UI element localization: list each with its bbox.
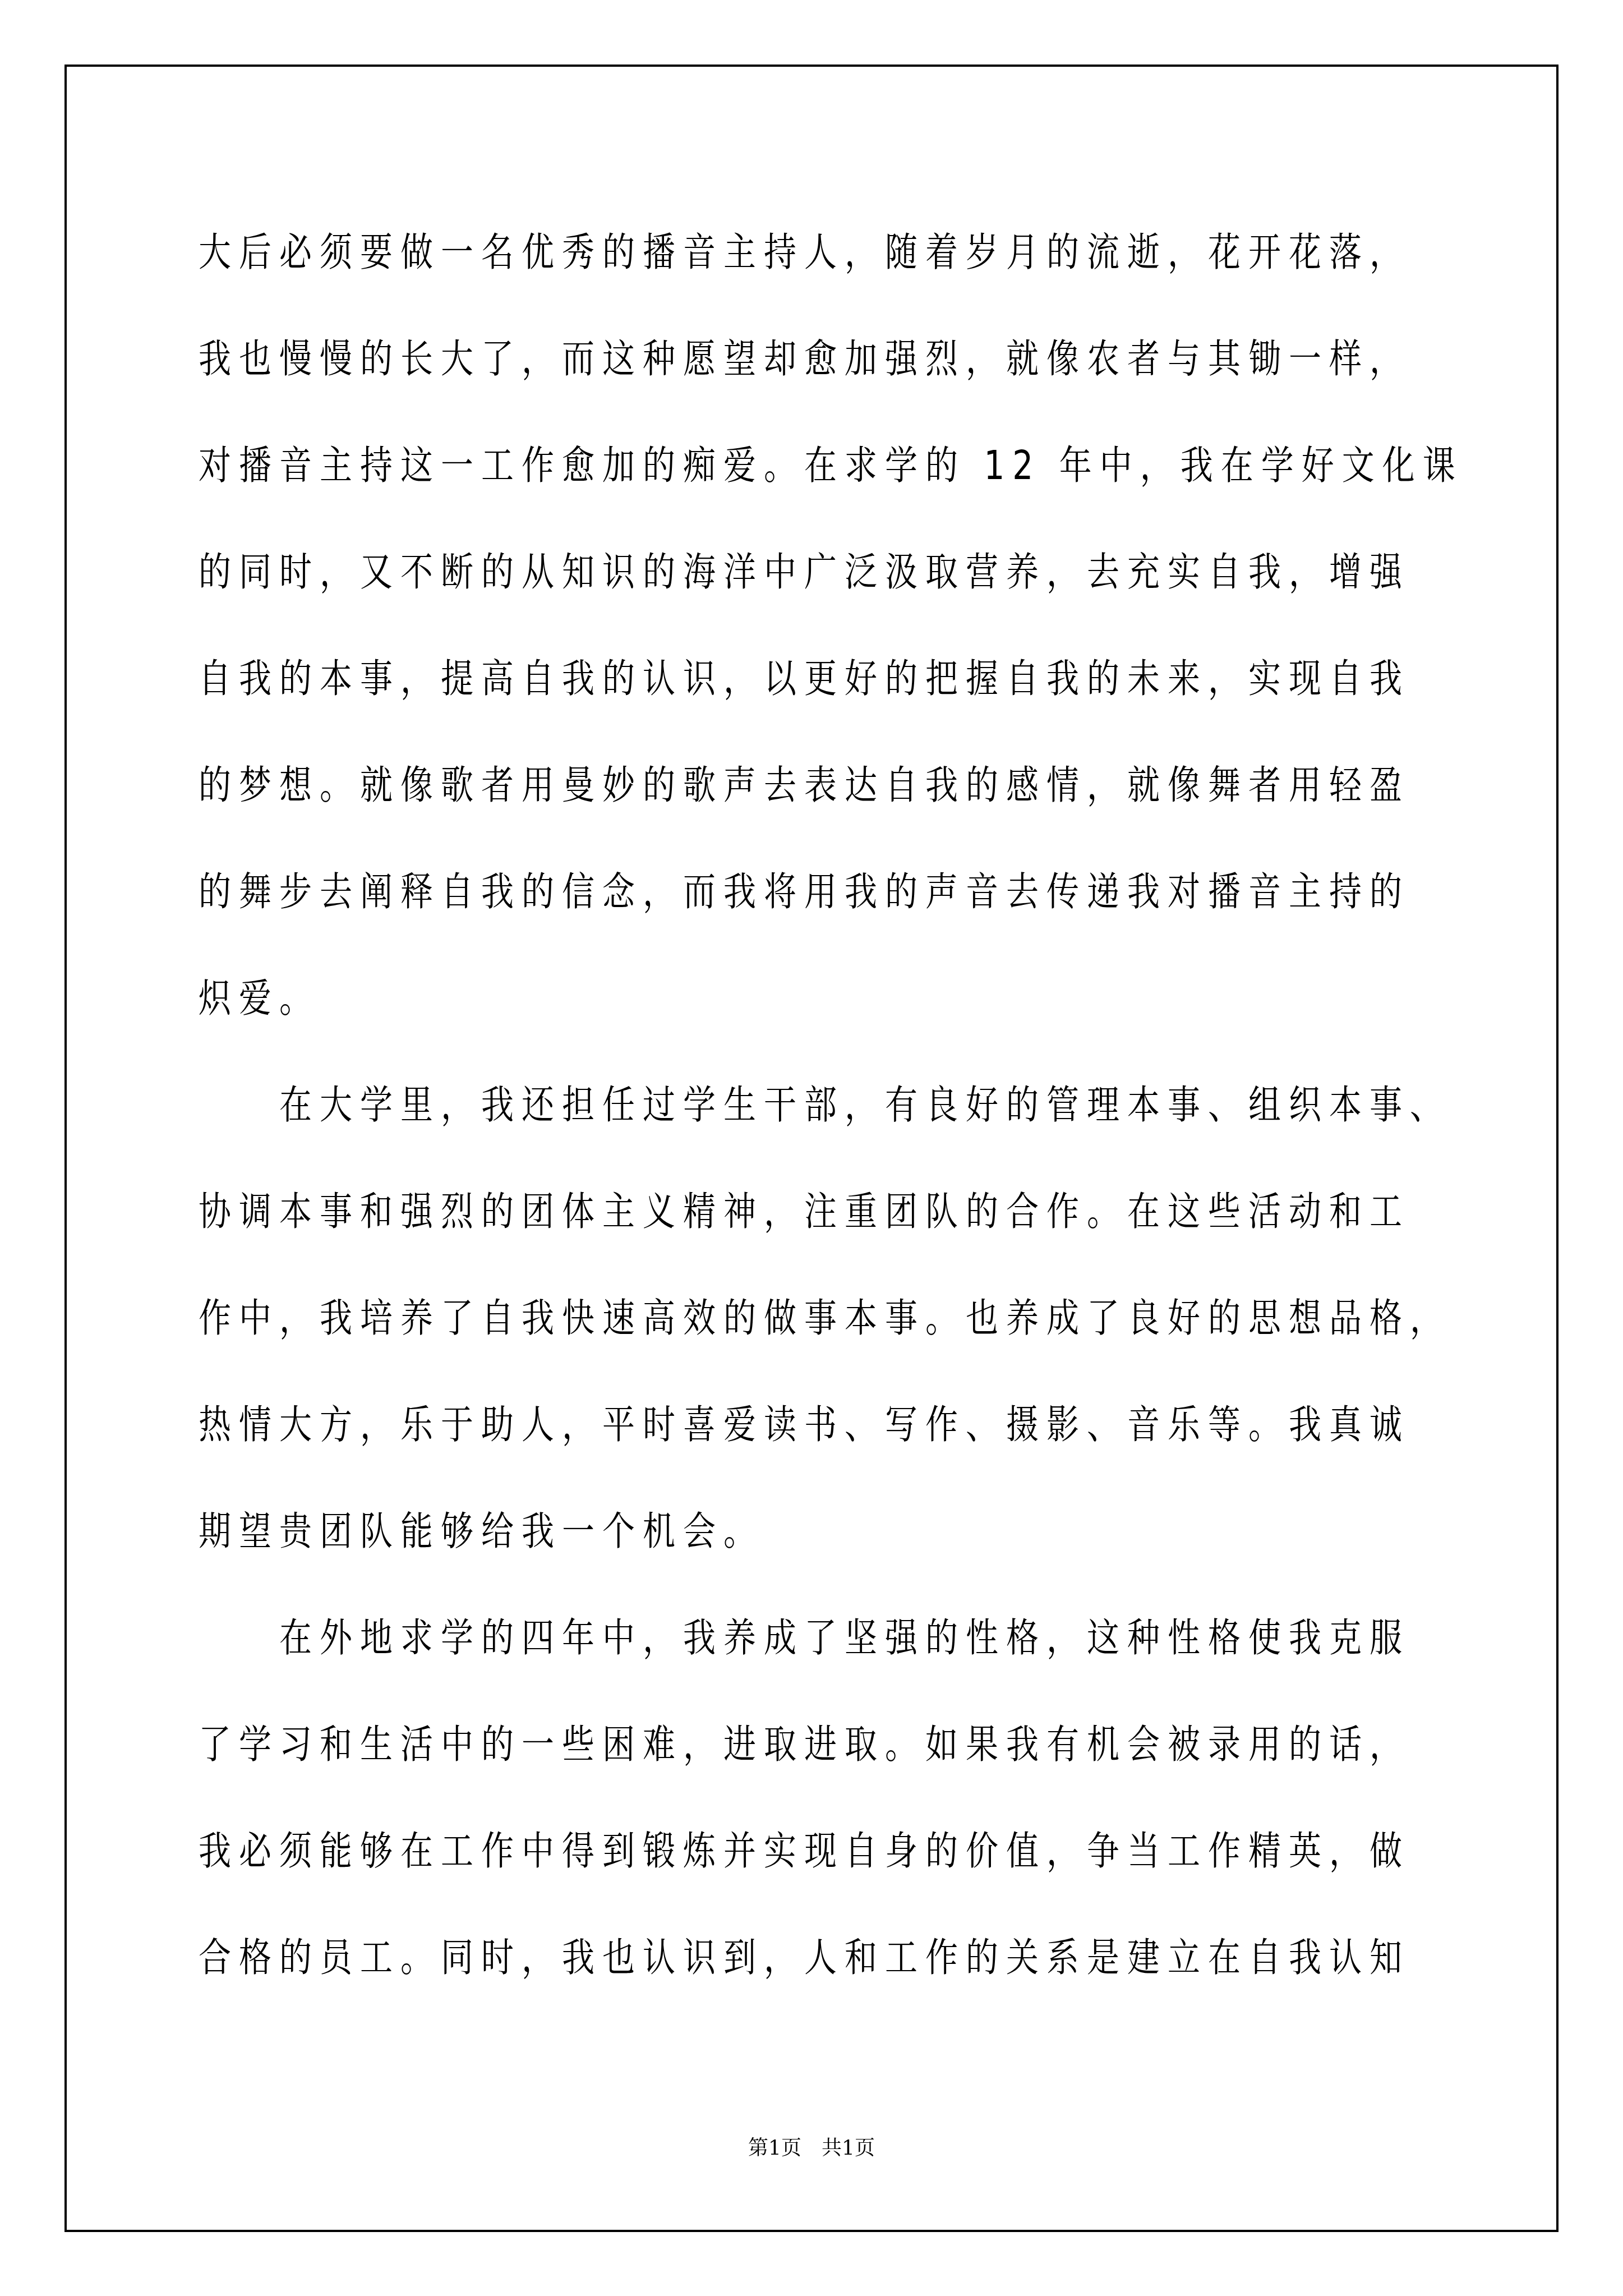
text-line: 炽爱。 <box>199 968 320 1029</box>
text-line: 作中，我培养了自我快速高效的做事本事。也养成了良好的思想品格， <box>199 1287 1450 1349</box>
text-line: 我也慢慢的长大了，而这种愿望却愈加强烈，就像农者与其锄一样， <box>199 328 1410 390</box>
text-line: 的梦想。就像歌者用曼妙的歌声去表达自我的感情，就像舞者用轻盈 <box>199 754 1410 816</box>
text-line: 的同时，又不断的从知识的海洋中广泛汲取营养，去充实自我，增强 <box>199 541 1410 603</box>
text-line: 大后必须要做一名优秀的播音主持人，随着岁月的流逝，花开花落， <box>199 222 1410 283</box>
paragraph-first-line: 在大学里，我还担任过学生干部，有良好的管理本事、组织本事、 <box>279 1074 1450 1136</box>
text-line: 协调本事和强烈的团体主义精神，注重团队的合作。在这些活动和工 <box>199 1181 1410 1243</box>
text-line: 的舞步去阐释自我的信念，而我将用我的声音去传递我对播音主持的 <box>199 861 1410 923</box>
text-line: 热情大方，乐于助人，平时喜爱读书、写作、摄影、音乐等。我真诚 <box>199 1394 1410 1456</box>
page-number-footer: 第1页 共1页 <box>0 2132 1623 2165</box>
text-line: 对播音主持这一工作愈加的痴爱。在求学的 12 年中，我在学好文化课 <box>199 435 1463 496</box>
text-line: 自我的本事，提高自我的认识，以更好的把握自我的未来，实现自我 <box>199 648 1410 710</box>
text-line: 了学习和生活中的一些困难，进取进取。如果我有机会被录用的话， <box>199 1714 1410 1775</box>
paragraph-first-line: 在外地求学的四年中，我养成了坚强的性格，这种性格使我克服 <box>279 1607 1410 1669</box>
text-line: 我必须能够在工作中得到锻炼并实现自身的价值，争当工作精英，做 <box>199 1820 1410 1882</box>
text-line: 期望贵团队能够给我一个机会。 <box>199 1501 764 1562</box>
text-line: 合格的员工。同时，我也认识到，人和工作的关系是建立在自我认知 <box>199 1927 1410 1989</box>
